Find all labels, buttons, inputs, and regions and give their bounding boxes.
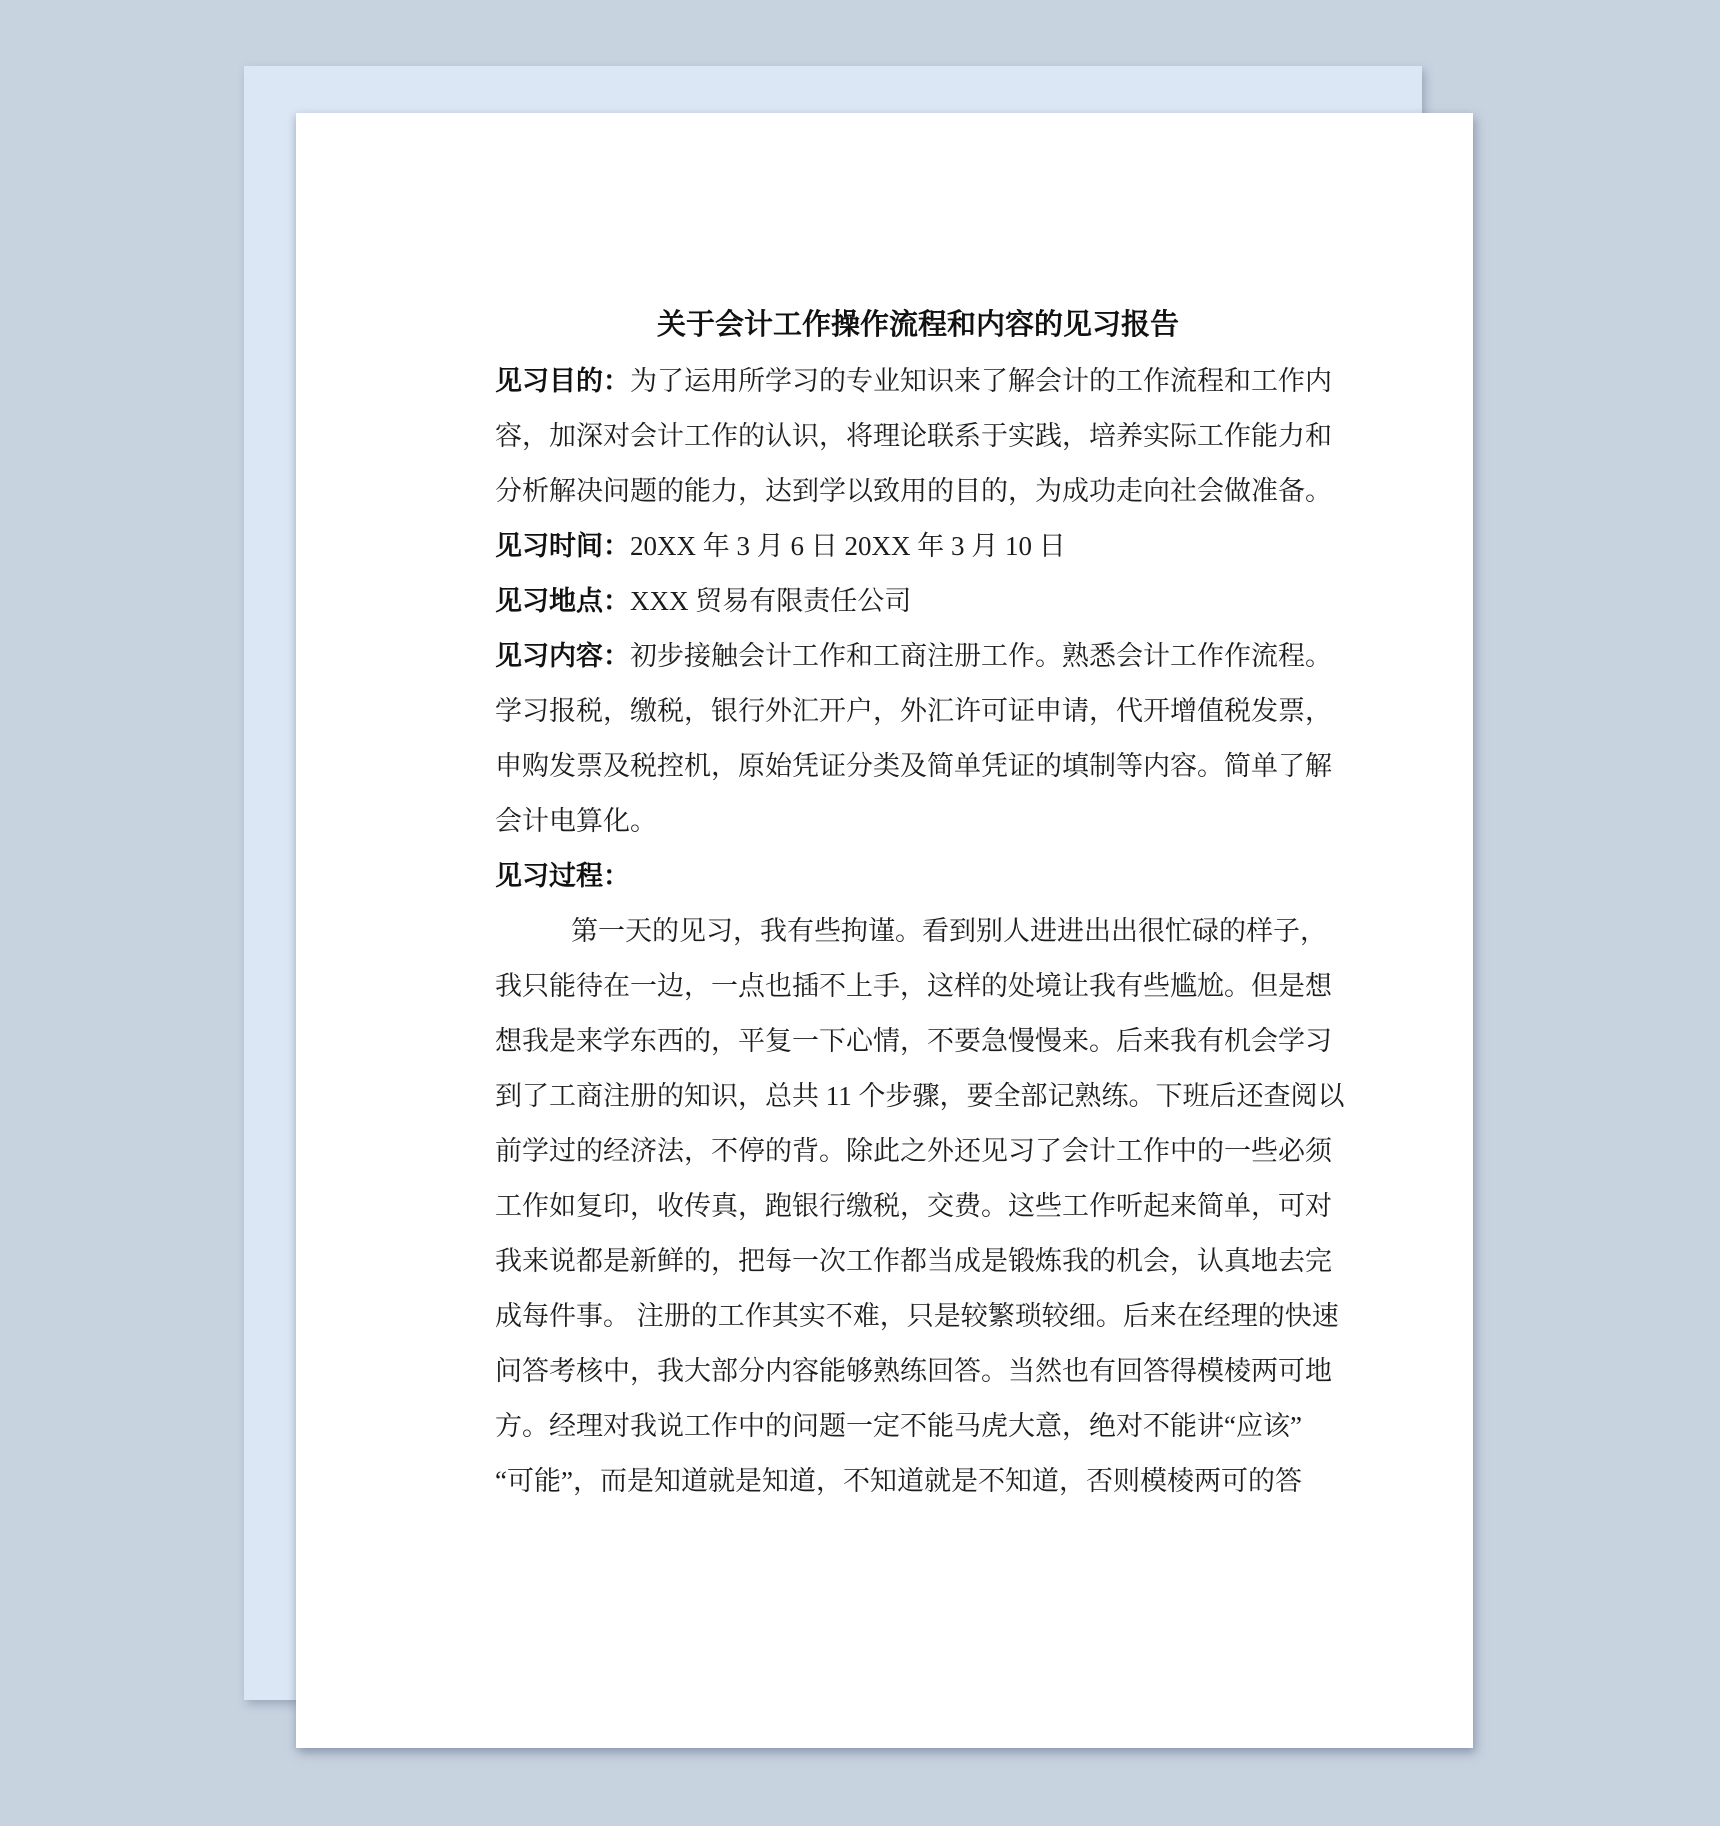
line-text: XXX 贸易有限责任公司 xyxy=(630,586,911,616)
line-label: 见习过程： xyxy=(495,861,630,891)
text-line: 见习内容：初步接触会计工作和工商注册工作。熟悉会计工作作流程。 xyxy=(495,629,1341,684)
text-line: 会计电算化。 xyxy=(495,794,1341,849)
line-text: 为了运用所学习的专业知识来了解会计的工作流程和工作内 xyxy=(630,366,1332,396)
text-line: 到了工商注册的知识，总共 11 个步骤，要全部记熟练。下班后还查阅以 xyxy=(495,1069,1341,1124)
text-line: 问答考核中，我大部分内容能够熟练回答。当然也有回答得模棱两可地 xyxy=(495,1344,1341,1399)
line-label: 见习目的： xyxy=(495,366,630,396)
line-text: 分析解决问题的能力，达到学以致用的目的，为成功走向社会做准备。 xyxy=(495,476,1332,506)
text-line: 见习地点：XXX 贸易有限责任公司 xyxy=(495,574,1341,629)
text-line: 分析解决问题的能力，达到学以致用的目的，为成功走向社会做准备。 xyxy=(495,464,1341,519)
line-text: 初步接触会计工作和工商注册工作。熟悉会计工作作流程。 xyxy=(630,641,1332,671)
line-text: 工作如复印，收传真，跑银行缴税，交费。这些工作听起来简单，可对 xyxy=(495,1191,1332,1221)
line-text: 到了工商注册的知识，总共 11 个步骤，要全部记熟练。下班后还查阅以 xyxy=(495,1081,1345,1111)
document-page: 关于会计工作操作流程和内容的见习报告 见习目的：为了运用所学习的专业知识来了解会… xyxy=(296,113,1473,1748)
text-line: 申购发票及税控机，原始凭证分类及简单凭证的填制等内容。简单了解 xyxy=(495,739,1341,794)
text-line: 我来说都是新鲜的，把每一次工作都当成是锻炼我的机会，认真地去完 xyxy=(495,1234,1341,1289)
text-line: 成每件事。 注册的工作其实不难，只是较繁琐较细。后来在经理的快速 xyxy=(495,1289,1341,1344)
document-body: 见习目的：为了运用所学习的专业知识来了解会计的工作流程和工作内容，加深对会计工作… xyxy=(495,354,1341,1509)
text-line: “可能”，而是知道就是知道，不知道就是不知道，否则模棱两可的答 xyxy=(495,1454,1341,1509)
line-text: 我来说都是新鲜的，把每一次工作都当成是锻炼我的机会，认真地去完 xyxy=(495,1246,1332,1276)
line-text: “可能”，而是知道就是知道，不知道就是不知道，否则模棱两可的答 xyxy=(495,1466,1302,1496)
line-text: 问答考核中，我大部分内容能够熟练回答。当然也有回答得模棱两可地 xyxy=(495,1356,1332,1386)
line-label: 见习地点： xyxy=(495,586,630,616)
line-text: 容，加深对会计工作的认识，将理论联系于实践，培养实际工作能力和 xyxy=(495,421,1332,451)
line-text: 20XX 年 3 月 6 日 20XX 年 3 月 10 日 xyxy=(630,531,1066,561)
line-text: 想我是来学东西的，平复一下心情，不要急慢慢来。后来我有机会学习 xyxy=(495,1026,1332,1056)
text-line: 方。经理对我说工作中的问题一定不能马虎大意，绝对不能讲“应该” xyxy=(495,1399,1341,1454)
line-label: 见习时间： xyxy=(495,531,630,561)
text-line: 想我是来学东西的，平复一下心情，不要急慢慢来。后来我有机会学习 xyxy=(495,1014,1341,1069)
page-background: { "colors": { "background": "#c8d3e0", "… xyxy=(0,0,1720,1826)
text-line: 见习目的：为了运用所学习的专业知识来了解会计的工作流程和工作内 xyxy=(495,354,1341,409)
text-line: 前学过的经济法，不停的背。除此之外还见习了会计工作中的一些必须 xyxy=(495,1124,1341,1179)
line-text: 成每件事。 注册的工作其实不难，只是较繁琐较细。后来在经理的快速 xyxy=(495,1301,1339,1331)
text-line: 见习过程： xyxy=(495,849,1341,904)
text-line: 第一天的见习，我有些拘谨。看到别人进进出出很忙碌的样子， xyxy=(495,904,1341,959)
text-line: 工作如复印，收传真，跑银行缴税，交费。这些工作听起来简单，可对 xyxy=(495,1179,1341,1234)
line-text: 学习报税，缴税，银行外汇开户，外汇许可证申请，代开增值税发票， xyxy=(495,696,1332,726)
text-line: 见习时间：20XX 年 3 月 6 日 20XX 年 3 月 10 日 xyxy=(495,519,1341,574)
line-label: 见习内容： xyxy=(495,641,630,671)
line-text: 方。经理对我说工作中的问题一定不能马虎大意，绝对不能讲“应该” xyxy=(495,1411,1302,1441)
line-text: 前学过的经济法，不停的背。除此之外还见习了会计工作中的一些必须 xyxy=(495,1136,1332,1166)
text-line: 容，加深对会计工作的认识，将理论联系于实践，培养实际工作能力和 xyxy=(495,409,1341,464)
line-text: 会计电算化。 xyxy=(495,806,657,836)
line-text: 我只能待在一边，一点也插不上手，这样的处境让我有些尴尬。但是想 xyxy=(495,971,1332,1001)
text-line: 学习报税，缴税，银行外汇开户，外汇许可证申请，代开增值税发票， xyxy=(495,684,1341,739)
document-title: 关于会计工作操作流程和内容的见习报告 xyxy=(495,303,1341,347)
line-text: 第一天的见习，我有些拘谨。看到别人进进出出很忙碌的样子， xyxy=(571,916,1327,946)
text-line: 我只能待在一边，一点也插不上手，这样的处境让我有些尴尬。但是想 xyxy=(495,959,1341,1014)
line-text: 申购发票及税控机，原始凭证分类及简单凭证的填制等内容。简单了解 xyxy=(495,751,1332,781)
document-text-column: 关于会计工作操作流程和内容的见习报告 见习目的：为了运用所学习的专业知识来了解会… xyxy=(495,303,1341,1509)
